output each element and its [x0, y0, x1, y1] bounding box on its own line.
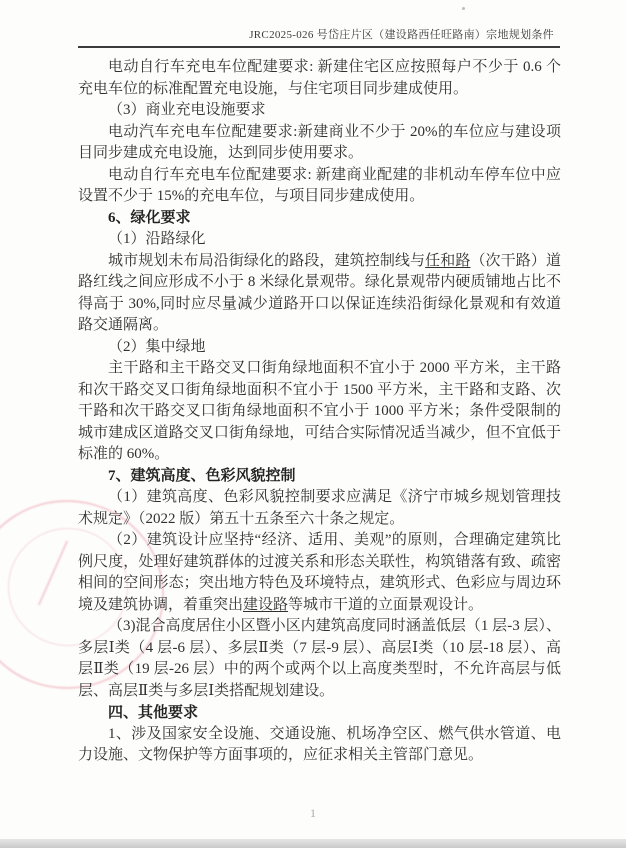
text-run: （1）建筑高度、色彩风貌控制要求应满足《济宁市城乡规划管理技术规定》（2022 …: [78, 489, 561, 527]
section-heading: 7、建筑高度、色彩风貌控制: [78, 466, 561, 488]
paragraph: 电动自行车充电车位配建要求: 新建住宅区应按照每户不少于 0.6 个充电车位的标…: [78, 57, 561, 100]
paragraph: （1）沿路绿化: [78, 229, 561, 251]
underlined-road-name: 建设路: [243, 597, 288, 613]
paragraph: 电动自行车充电车位配建要求: 新建商业配建的非机动车停车位中应设置不少于 15%…: [78, 165, 561, 208]
section-heading: 四、其他要求: [78, 702, 561, 724]
document-page: JRC2025-026 号岱庄片区（建设路西任旺路南）宗地规划条件 电动自行车充…: [0, 0, 626, 848]
text-run: 7、建筑高度、色彩风貌控制: [108, 468, 296, 484]
paragraph: （3）商业充电设施要求: [78, 100, 561, 122]
text-run: 电动自行车充电车位配建要求: 新建住宅区应按照每户不少于 0.6 个充电车位的标…: [78, 59, 561, 97]
paragraph: 城市规划未布局沿街绿化的路段，建筑控制线与任和路（次干路）道路红线之间应形成不小…: [78, 251, 561, 337]
underlined-road-name: 任和路: [425, 253, 470, 269]
section-heading: 6、绿化要求: [78, 208, 561, 230]
text-run: 电动汽车充电车位配建要求:新建商业不少于 20%的车位应与建设项目同步建成充电设…: [78, 124, 561, 162]
paragraph: （3)混合高度居住小区暨小区内建筑高度同时涵盖低层（1 层-3 层）、多层Ⅰ类（…: [78, 616, 561, 702]
text-run: （2）集中绿地: [108, 339, 206, 355]
page-header-title: JRC2025-026 号岱庄片区（建设路西任旺路南）宗地规划条件: [249, 26, 554, 42]
text-run: 6、绿化要求: [108, 210, 191, 226]
text-run: 1、涉及国家安全设施、交通设施、机场净空区、燃气供水管道、电力设施、文物保护等方…: [78, 726, 561, 764]
text-run: 四、其他要求: [108, 704, 198, 721]
text-run: （1）沿路绿化: [108, 231, 206, 247]
paragraph: 电动汽车充电车位配建要求:新建商业不少于 20%的车位应与建设项目同步建成充电设…: [78, 122, 561, 165]
header-rule: [78, 46, 560, 48]
text-run: （3）商业充电设施要求: [108, 102, 266, 118]
text-run: （3)混合高度居住小区暨小区内建筑高度同时涵盖低层（1 层-3 层）、多层Ⅰ类（…: [78, 618, 561, 699]
text-run: 主干路和主干路交叉口街角绿地面积不宜小于 2000 平方米，主干路和次干路交叉口…: [78, 360, 561, 462]
paragraph: 主干路和主干路交叉口街角绿地面积不宜小于 2000 平方米，主干路和次干路交叉口…: [78, 358, 561, 466]
seal-dash-mark: [38, 541, 68, 606]
paragraph: 1、涉及国家安全设施、交通设施、机场净空区、燃气供水管道、电力设施、文物保护等方…: [78, 724, 561, 767]
paragraph: （1）建筑高度、色彩风貌控制要求应满足《济宁市城乡规划管理技术规定》（2022 …: [78, 487, 561, 530]
paragraph: （2）集中绿地: [78, 337, 561, 359]
text-run: 等城市干道的立面景观设计。: [288, 597, 483, 613]
scan-speck: [462, 7, 465, 10]
scan-edge-strip: [0, 839, 626, 848]
paragraph: （2）建筑设计应坚持“经济、适用、美观”的原则，合理确定建筑比例尺度，处理好建筑…: [78, 530, 561, 616]
document-body: 电动自行车充电车位配建要求: 新建住宅区应按照每户不少于 0.6 个充电车位的标…: [78, 57, 561, 767]
footer-page-number: 1: [0, 806, 626, 821]
text-run: 城市规划未布局沿街绿化的路段，建筑控制线与: [108, 253, 425, 269]
text-run: 电动自行车充电车位配建要求: 新建商业配建的非机动车停车位中应设置不少于 15%…: [78, 167, 561, 205]
